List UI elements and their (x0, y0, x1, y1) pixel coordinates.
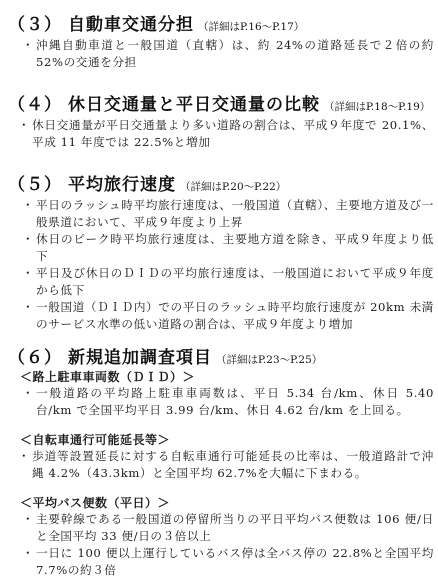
bullet-text: 平日及び休日のＤＩＤの平均旅行速度は、一般国道において平成９年度から低下 (22, 265, 434, 299)
bullet-icon: ・ (22, 385, 34, 402)
subsection-heading-bus-frequency: ＜平均バス便数（平日）＞ (20, 494, 170, 511)
section-number: （３） (8, 15, 62, 35)
section-heading: （５）平均旅行速度（詳細はP.20～P.22） (8, 170, 286, 195)
bullet-text: 一般道路の平均路上駐車車両数は、平日 5.34 台/km、休日 5.40 台/k… (22, 385, 434, 419)
section-heading: （６）新規追加調査項目（詳細はP.23～P.25） (8, 343, 322, 368)
section-title: 新規追加調査項目 (68, 348, 212, 368)
bullet-icon: ・ (22, 299, 34, 316)
bullet-text: 休日交通量が平日交通量より多い道路の割合は、平成９年度で 20.1%、平成 11… (18, 117, 434, 151)
subsection-heading-bicycle-access: ＜自転車通行可能延長等＞ (20, 431, 170, 448)
section-number: （５） (8, 175, 62, 195)
bullet-icon: ・ (22, 545, 34, 562)
bullet-item: ・ 一般道路の平均路上駐車車両数は、平日 5.34 台/km、休日 5.40 台… (22, 385, 434, 419)
bullet-item: ・ 主要幹線である一般国道の停留所当りの平日平均バス便数は 106 便/日と全国… (22, 511, 434, 545)
section-title: 休日交通量と平日交通量の比較 (68, 95, 320, 115)
bullet-item: ・ 平日及び休日のＤＩＤの平均旅行速度は、一般国道において平成９年度から低下 (22, 265, 434, 299)
bullet-item: ・ 休日交通量が平日交通量より多い道路の割合は、平成９年度で 20.1%、平成 … (18, 117, 434, 151)
bullet-item: ・ 一般国道（ＤＩＤ内）での平日のラッシュ時平均旅行速度が 20km 未満のサー… (22, 299, 434, 333)
bullet-item: ・ 沖縄自動車道と一般国道（直轄）は、約 24%の道路延長で２倍の約 52%の交… (22, 37, 434, 71)
bullet-item: ・ 休日のピーク時平均旅行速度は、主要地方道を除き、平成９年度より低下 (22, 231, 434, 265)
bullet-text: 沖縄自動車道と一般国道（直轄）は、約 24%の道路延長で２倍の約 52%の交通を… (22, 37, 434, 71)
page-reference: （詳細はP.18～P.19） (324, 101, 430, 113)
bullet-text: 主要幹線である一般国道の停留所当りの平日平均バス便数は 106 便/日と全国平均… (22, 511, 434, 545)
bullet-text: 休日のピーク時平均旅行速度は、主要地方道を除き、平成９年度より低下 (22, 231, 434, 265)
bullet-icon: ・ (22, 265, 34, 282)
bullet-icon: ・ (18, 117, 30, 134)
section-number: （４） (8, 95, 62, 115)
bullet-icon: ・ (22, 197, 34, 214)
page-reference: （詳細はP.16～P.17） (198, 21, 304, 33)
bullet-text: 歩道等設置延長に対する自転車通行可能延長の比率は、一般道路計で沖縄 4.2%（4… (18, 448, 434, 482)
bullet-item: ・ 平日のラッシュ時平均旅行速度は、一般国道（直轄）、主要地方道及び一般県道にお… (22, 197, 434, 231)
section-title: 平均旅行速度 (68, 175, 176, 195)
section-heading: （３）自動車交通分担（詳細はP.16～P.17） (8, 10, 304, 35)
section-title: 自動車交通分担 (68, 15, 194, 35)
bullet-icon: ・ (22, 231, 34, 248)
section-heading: （４）休日交通量と平日交通量の比較（詳細はP.18～P.19） (8, 90, 430, 115)
section-number: （６） (8, 348, 62, 368)
subsection-heading-street-parking: ＜路上駐車車両数（ＤＩＤ）＞ (20, 368, 195, 385)
bullet-icon: ・ (18, 448, 30, 465)
bullet-text: 平日のラッシュ時平均旅行速度は、一般国道（直轄）、主要地方道及び一般県道において… (22, 197, 434, 231)
bullet-text: 一日に 100 便以上運行しているバス停は全バス停の 22.8%と全国平均 7.… (22, 545, 434, 577)
page-reference: （詳細はP.23～P.25） (216, 354, 322, 366)
bullet-item: ・ 一日に 100 便以上運行しているバス停は全バス停の 22.8%と全国平均 … (22, 545, 434, 577)
bullet-item: ・ 歩道等設置延長に対する自転車通行可能延長の比率は、一般道路計で沖縄 4.2%… (18, 448, 434, 482)
page-reference: （詳細はP.20～P.22） (180, 181, 286, 193)
bullet-icon: ・ (22, 37, 34, 54)
bullet-text: 一般国道（ＤＩＤ内）での平日のラッシュ時平均旅行速度が 20km 未満のサービス… (22, 299, 434, 333)
bullet-icon: ・ (22, 511, 34, 528)
